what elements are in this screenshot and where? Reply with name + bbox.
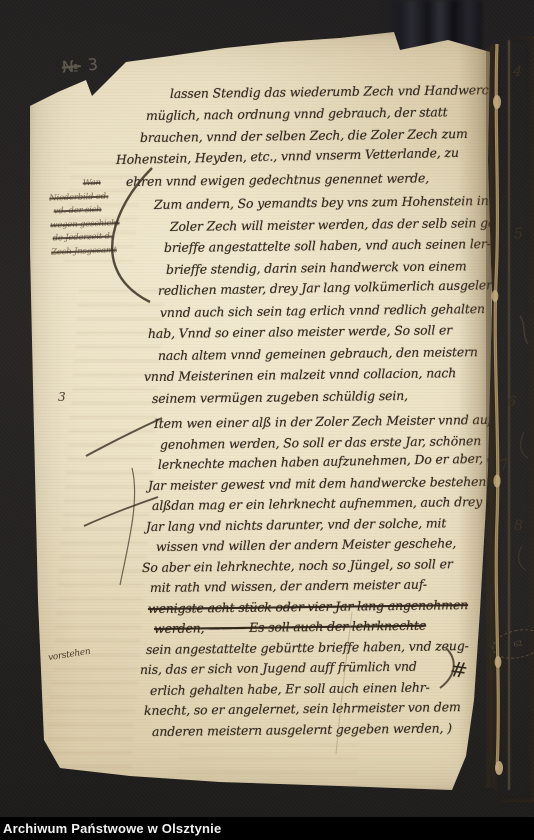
stamp-text: 62 (513, 639, 523, 649)
manuscript-paragraph-1: lassen Stendig das wiederumb Zech vnd Ha… (116, 86, 534, 196)
adjacent-page-item-number: 4 (512, 64, 522, 81)
manuscript-line: Zum andern, So yemandts bey vns zum Hohe… (154, 192, 524, 218)
archive-caption-bar: Archiwum Państwowe w Olsztynie (0, 817, 534, 840)
manuscript-line: seinem vermügen zugeben schüldig sein, (152, 386, 524, 412)
marginal-item-number: 3 (58, 390, 66, 404)
manuscript-scan: 4 5 6 7 8 lassen Stendig das wiederumb Z… (0, 0, 534, 840)
adjacent-page-edge (490, 36, 534, 802)
folio-number-value: 3 (87, 54, 101, 74)
end-of-text-mark: # (448, 657, 469, 683)
manuscript-line: ehren vnnd ewigen gedechtnus genennet we… (126, 169, 534, 196)
page-strip-crease (508, 40, 510, 790)
manuscript-line: vnnd auch sich sein tag erlich vnnd redl… (160, 300, 524, 326)
manuscript-paragraph-3: Item wen einer alß in der Zoler Zech Mei… (138, 416, 506, 744)
manuscript-line: müglich, nach ordnung vnnd gebrauch, der… (146, 103, 534, 130)
manuscript-line: hab, Vnnd so einer also meister werde, S… (148, 321, 524, 347)
manuscript-line: brieffe angestattelte soll haben, vnd au… (164, 236, 524, 262)
numero-sign: № (61, 56, 81, 77)
manuscript-page: lassen Stendig das wiederumb Zech vnd Ha… (28, 32, 492, 792)
manuscript-line: lassen Stendig das wiederumb Zech vnd Ha… (170, 82, 534, 108)
archive-name-label: Archiwum Państwowe w Olsztynie (3, 821, 221, 836)
manuscript-line: Zoler Zech will meister werden, das der … (170, 214, 524, 240)
adjacent-page-item-number: 5 (513, 226, 524, 243)
pencil-folio-number: № 3 (61, 54, 100, 76)
manuscript-line: vnnd Meisterinen ein malzeit vnnd collac… (144, 364, 524, 390)
manuscript-line: nach altem vnnd gemeinen gebrauch, den m… (158, 343, 524, 369)
manuscript-paragraph-2: Zum andern, So yemandts bey vns zum Hohe… (140, 197, 524, 412)
adjacent-page-item-number: 8 (514, 518, 523, 534)
marginal-note: WanNiederbild od.vd. der sichwegen gesch… (49, 176, 144, 260)
manuscript-line: anderen meistern ausgelernt gegeben werd… (152, 719, 506, 744)
